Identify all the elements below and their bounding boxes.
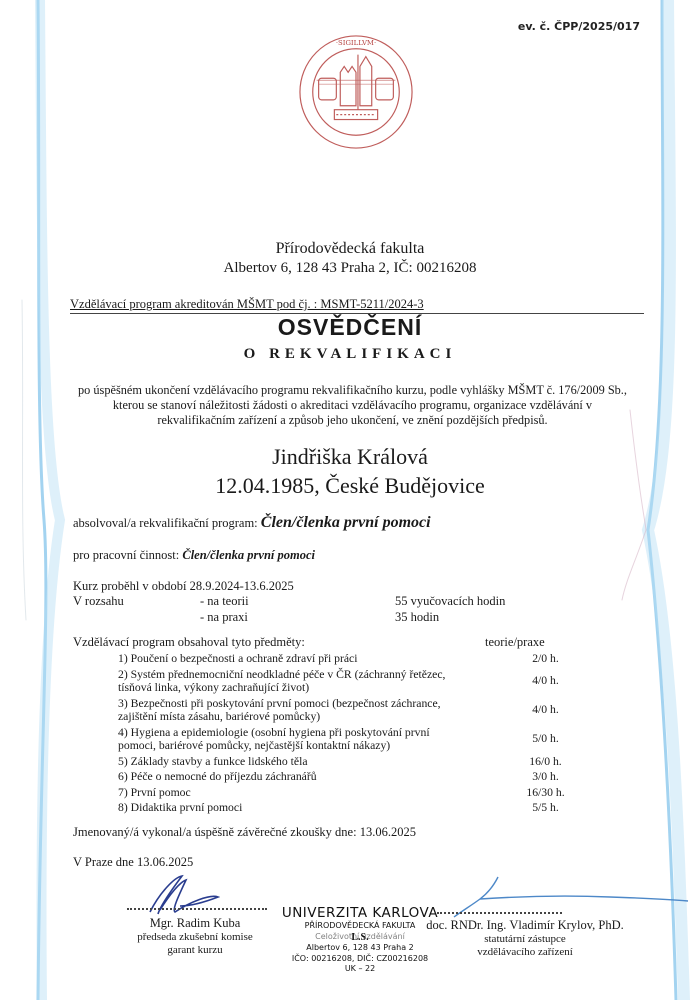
holder-birth: 12.04.1985, České Budějovice bbox=[0, 473, 700, 499]
stamp-code: UK – 22 bbox=[270, 964, 450, 975]
signatory-right-role2: vzdělávacího zařízení bbox=[420, 946, 630, 959]
signature-line-left bbox=[127, 908, 267, 910]
course-period: Kurz proběhl v období 28.9.2024-13.6.202… bbox=[73, 579, 294, 594]
signatory-left-role: předseda zkušební komise bbox=[120, 931, 270, 944]
list-item: 1) Poučení o bezpečnosti a ochraně zdrav… bbox=[118, 652, 573, 666]
list-item: 3) Bezpečnosti při poskytování první pom… bbox=[118, 697, 573, 724]
signatory-right: doc. RNDr. Ing. Vladimír Krylov, PhD. st… bbox=[420, 918, 630, 959]
place-and-date: V Praze dne 13.06.2025 bbox=[73, 855, 193, 870]
scope-practice-label: - na praxi bbox=[200, 610, 248, 625]
signatory-right-name: doc. RNDr. Ing. Vladimír Krylov, PhD. bbox=[420, 918, 630, 933]
subject-text: 4) Hygiena a epidemiologie (osobní hygie… bbox=[118, 726, 448, 753]
subject-text: 5) Základy stavby a funkce lidského těla bbox=[118, 755, 448, 769]
signature-left-icon bbox=[120, 872, 220, 917]
subject-text: 2) Systém přednemocniční neodkladné péče… bbox=[118, 668, 448, 695]
signatory-left-role2: garant kurzu bbox=[120, 944, 270, 957]
exam-statement: Jmenovaný/á vykonal/a úspěšně závěrečné … bbox=[73, 825, 416, 840]
list-item: 7) První pomoc16/30 h. bbox=[118, 786, 573, 800]
list-item: 2) Systém přednemocniční neodkladné péče… bbox=[118, 668, 573, 695]
scope-theory-label: - na teorii bbox=[200, 594, 249, 609]
faculty-address: Albertov 6, 128 43 Praha 2, IČ: 00216208 bbox=[0, 260, 700, 277]
program-value: Člen/členka první pomoci bbox=[261, 514, 431, 531]
list-item: 5) Základy stavby a funkce lidského těla… bbox=[118, 755, 573, 769]
scope-theory-value: 55 vyučovacích hodin bbox=[395, 594, 505, 609]
subjects-list: 1) Poučení o bezpečnosti a ochraně zdrav… bbox=[118, 652, 573, 817]
subject-hours: 3/0 h. bbox=[518, 770, 573, 784]
program-label: absolvoval/a rekvalifikační program: bbox=[73, 516, 258, 530]
list-item: 6) Péče o nemocné do příjezdu záchranářů… bbox=[118, 770, 573, 784]
holder-name: Jindřiška Králová bbox=[0, 444, 700, 470]
subject-text: 1) Poučení o bezpečnosti a ochraně zdrav… bbox=[118, 652, 448, 666]
subject-text: 8) Didaktika první pomoci bbox=[118, 801, 448, 815]
subject-hours: 16/0 h. bbox=[518, 755, 573, 769]
certificate-subtitle: O REKVALIFIKACI bbox=[0, 346, 700, 363]
university-seal-icon: ·SIGILLVM· bbox=[297, 33, 415, 151]
subject-text: 3) Bezpečnosti při poskytování první pom… bbox=[118, 697, 448, 724]
signature-line-right bbox=[437, 912, 562, 914]
signatory-left-name: Mgr. Radim Kuba bbox=[120, 916, 270, 931]
list-item: 8) Didaktika první pomoci5/5 h. bbox=[118, 801, 573, 815]
work-activity-value: Člen/členka první pomoci bbox=[182, 548, 315, 562]
registration-number: ev. č. ČPP/2025/017 bbox=[518, 20, 640, 33]
subject-hours: 5/0 h. bbox=[518, 732, 573, 746]
subject-hours: 2/0 h. bbox=[518, 652, 573, 666]
svg-text:·SIGILLVM·: ·SIGILLVM· bbox=[336, 39, 376, 47]
program-line: absolvoval/a rekvalifikační program: Čle… bbox=[73, 514, 431, 532]
certificate-title: OSVĚDČENÍ bbox=[0, 314, 700, 341]
subjects-column-header: teorie/praxe bbox=[485, 635, 545, 650]
faculty-name: Přírodovědecká fakulta bbox=[0, 240, 700, 258]
list-item: 4) Hygiena a epidemiologie (osobní hygie… bbox=[118, 726, 573, 753]
scope-practice-value: 35 hodin bbox=[395, 610, 439, 625]
signatory-left: Mgr. Radim Kuba předseda zkušební komise… bbox=[120, 916, 270, 957]
signatory-right-role: statutární zástupce bbox=[420, 933, 630, 946]
subject-hours: 5/5 h. bbox=[518, 801, 573, 815]
work-activity-line: pro pracovní činnost: Člen/členka první … bbox=[73, 548, 315, 563]
subject-hours: 16/30 h. bbox=[518, 786, 573, 800]
subjects-header: Vzdělávací program obsahoval tyto předmě… bbox=[73, 635, 305, 650]
subject-hours: 4/0 h. bbox=[518, 703, 573, 717]
subject-text: 7) První pomoc bbox=[118, 786, 448, 800]
accreditation-reference: Vzdělávací program akreditován MŠMT pod … bbox=[70, 297, 424, 312]
legal-intro: po úspěšném ukončení vzdělávacího progra… bbox=[75, 383, 630, 428]
scope-label: V rozsahu bbox=[73, 594, 124, 609]
subject-hours: 4/0 h. bbox=[518, 674, 573, 688]
work-activity-label: pro pracovní činnost: bbox=[73, 548, 179, 562]
subject-text: 6) Péče o nemocné do příjezdu záchranářů bbox=[118, 770, 448, 784]
